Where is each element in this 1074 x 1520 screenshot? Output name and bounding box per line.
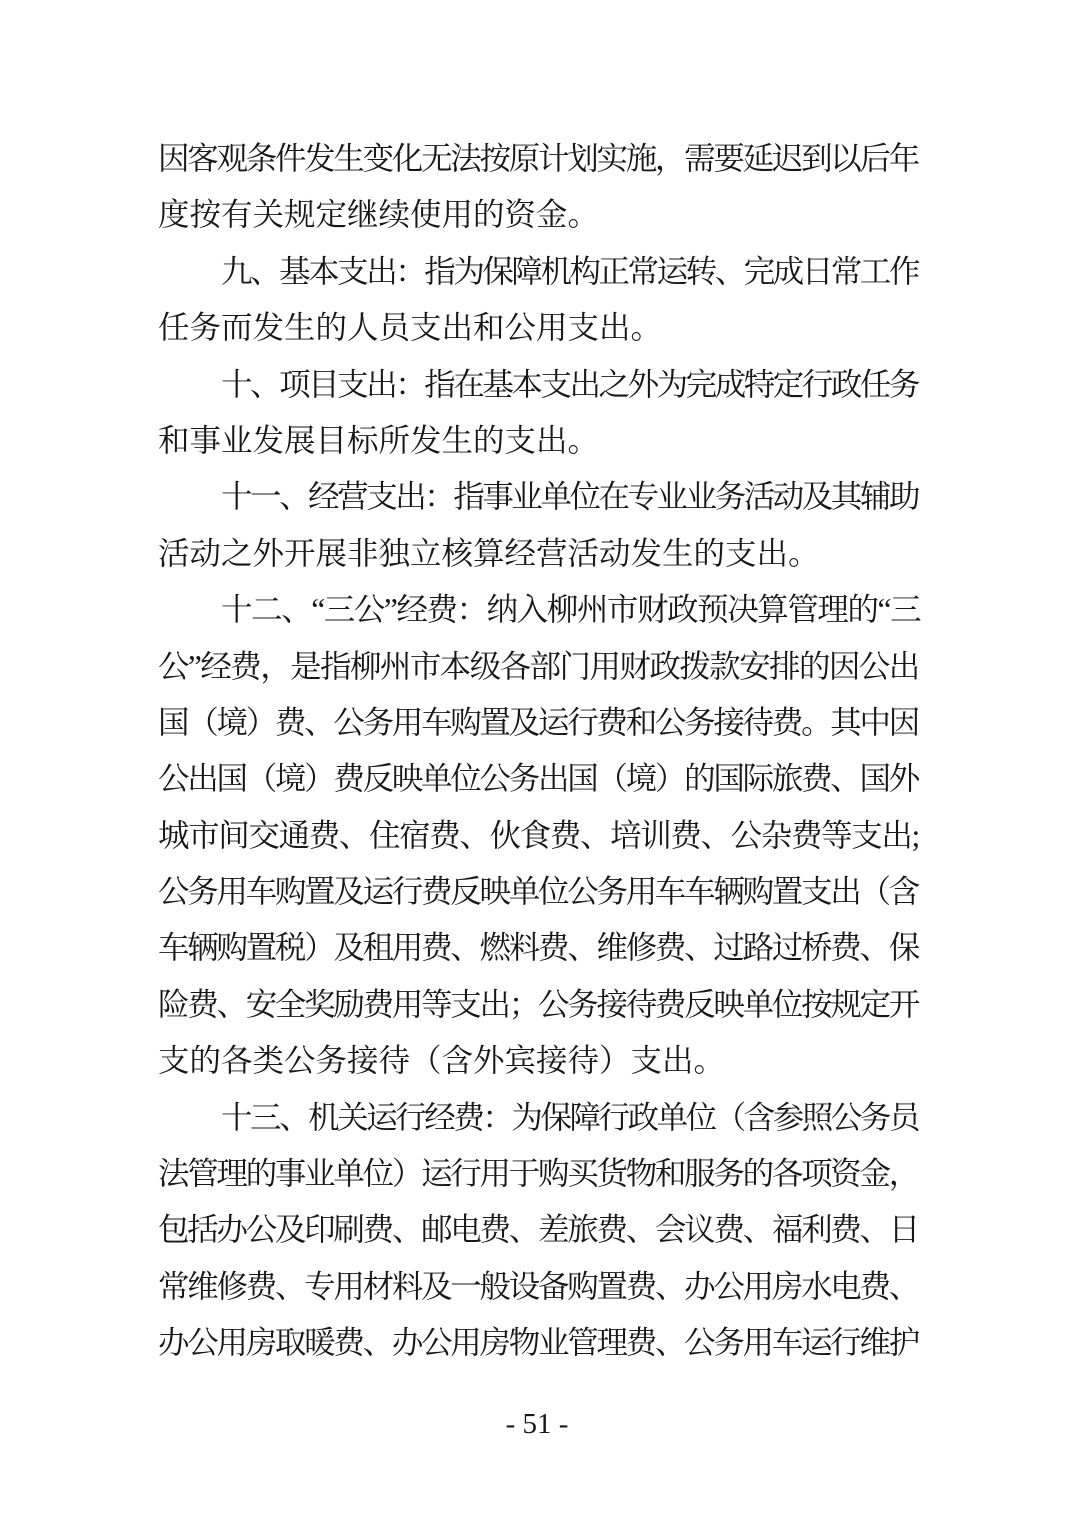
text-line: 十二、“三公”经费：纳入柳州市财政预决算管理的“三 [158, 582, 918, 638]
text-line: 包括办公及印刷费、邮电费、差旅费、会议费、福利费、日 [158, 1202, 918, 1258]
text-line: 十、项目支出：指在基本支出之外为完成特定行政任务 [158, 357, 918, 413]
text-line: 险费、安全奖励费用等支出；公务接待费反映单位按规定开 [158, 977, 918, 1033]
text-line: 十一、经营支出：指事业单位在专业业务活动及其辅助 [158, 469, 918, 525]
text-line: 因客观条件发生变化无法按原计划实施，需要延迟到以后年 [158, 131, 918, 187]
text-line: 办公用房取暖费、办公用房物业管理费、公务用车运行维护 [158, 1315, 918, 1371]
text-line: 车辆购置税）及租用费、燃料费、维修费、过路过桥费、保 [158, 920, 918, 976]
document-page: 因客观条件发生变化无法按原计划实施，需要延迟到以后年度按有关规定继续使用的资金。… [0, 0, 1074, 1520]
text-line: 公”经费，是指柳州市本级各部门用财政拨款安排的因公出 [158, 639, 918, 695]
text-line: 法管理的事业单位）运行用于购买货物和服务的各项资金， [158, 1146, 918, 1202]
text-line: 任务而发生的人员支出和公用支出。 [158, 300, 918, 356]
page-number: - 51 - [506, 1408, 569, 1440]
text-line: 城市间交通费、住宿费、伙食费、培训费、公杂费等支出; [158, 808, 918, 864]
text-line: 和事业发展目标所发生的支出。 [158, 413, 918, 469]
text-line: 公出国（境）费反映单位公务出国（境）的国际旅费、国外 [158, 751, 918, 807]
page-footer: - 51 - [0, 1406, 1074, 1442]
text-line: 活动之外开展非独立核算经营活动发生的支出。 [158, 526, 918, 582]
text-line: 常维修费、专用材料及一般设备购置费、办公用房水电费、 [158, 1259, 918, 1315]
text-line: 度按有关规定继续使用的资金。 [158, 187, 918, 243]
text-line: 九、基本支出：指为保障机构正常运转、完成日常工作 [158, 244, 918, 300]
text-line: 十三、机关运行经费：为保障行政单位（含参照公务员 [158, 1090, 918, 1146]
text-line: 国（境）费、公务用车购置及运行费和公务接待费。其中因 [158, 695, 918, 751]
text-line: 支的各类公务接待（含外宾接待）支出。 [158, 1033, 918, 1089]
document-body: 因客观条件发生变化无法按原计划实施，需要延迟到以后年度按有关规定继续使用的资金。… [158, 131, 918, 1372]
text-line: 公务用车购置及运行费反映单位公务用车车辆购置支出（含 [158, 864, 918, 920]
